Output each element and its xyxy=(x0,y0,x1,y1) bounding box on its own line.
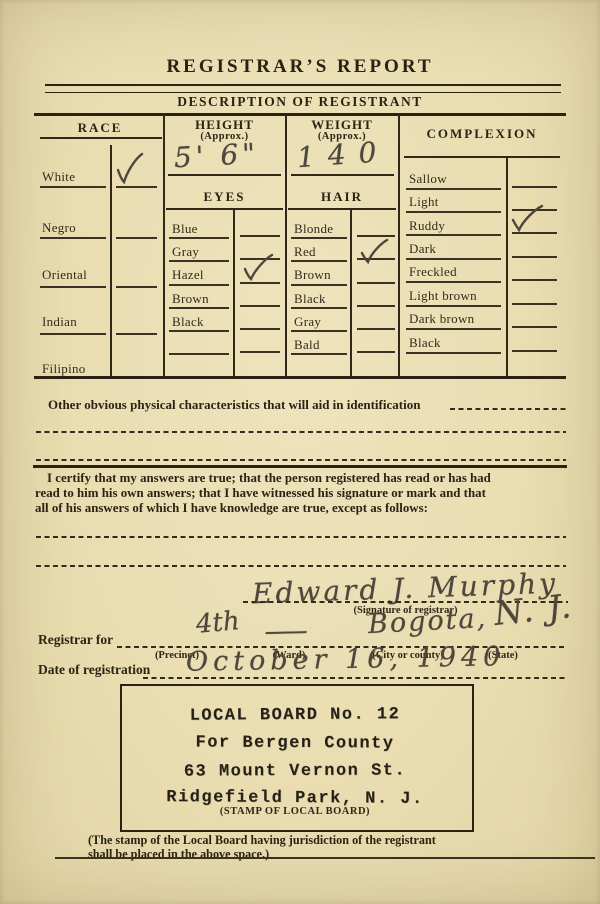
certification-text: I certify that my answers are true; that… xyxy=(35,471,572,515)
underline xyxy=(357,282,395,284)
hair-option-black: Black xyxy=(294,291,326,307)
blank-line xyxy=(36,459,566,461)
underline xyxy=(169,284,229,286)
stamp-line-3: 63 Mount Vernon St. xyxy=(120,761,470,782)
underline xyxy=(291,260,347,262)
complexion-option-light: Light xyxy=(409,194,439,210)
hair-option-brown: Brown xyxy=(294,267,331,283)
section-rule xyxy=(33,465,567,468)
underline xyxy=(240,305,280,307)
eyes-option-blue: Blue xyxy=(172,221,198,237)
complexion-header-underline xyxy=(404,156,560,158)
date-value-handwriting: October 16, 1940 xyxy=(186,641,506,678)
race-option-indian: Indian xyxy=(42,314,77,330)
table-bottom-rule xyxy=(34,376,566,379)
race-option-negro: Negro xyxy=(42,220,76,236)
race-header-underline xyxy=(40,137,162,139)
certification-line: I certify that my answers are true; that… xyxy=(35,471,572,486)
complexion-option-sallow: Sallow xyxy=(409,171,447,187)
underline xyxy=(240,328,280,330)
registrar-for-label: Registrar for xyxy=(38,632,113,648)
weight-complexion-divider xyxy=(398,113,400,376)
complexion-option-black: Black xyxy=(409,335,441,351)
underline xyxy=(406,211,501,213)
underline xyxy=(406,234,501,236)
height-value-handwriting: 5' 6" xyxy=(173,137,260,174)
complexion-option-freckled: Freckled xyxy=(409,264,457,280)
city-value-handwriting: Bogota, xyxy=(367,603,488,640)
underline xyxy=(406,352,501,354)
hair-header-underline xyxy=(288,208,396,210)
underline xyxy=(406,305,501,307)
race-header: RACE xyxy=(40,120,160,136)
hair-header: HAIR xyxy=(288,189,396,205)
race-height-divider xyxy=(163,113,165,376)
underline xyxy=(169,237,229,239)
stamp-line-1: LOCAL BOARD No. 12 xyxy=(120,705,470,726)
underline xyxy=(240,235,280,237)
hair-option-red: Red xyxy=(294,244,316,260)
complexion-option-dark-brown: Dark brown xyxy=(409,311,474,327)
section-subtitle: DESCRIPTION OF REGISTRANT xyxy=(0,94,600,110)
registrar-report-card: REGISTRAR’S REPORT DESCRIPTION OF REGIST… xyxy=(0,0,600,904)
underline xyxy=(169,307,229,309)
stamp-line-2: For Bergen County xyxy=(120,733,470,754)
hair-option-blonde: Blonde xyxy=(294,221,333,237)
underline xyxy=(357,328,395,330)
underline xyxy=(357,351,395,353)
date-of-registration-label: Date of registration xyxy=(38,662,150,678)
underline xyxy=(512,350,557,352)
underline xyxy=(116,333,157,335)
race-option-white: White xyxy=(42,169,75,185)
underline xyxy=(116,237,157,239)
height-weight-divider xyxy=(285,113,287,376)
underline xyxy=(291,353,347,355)
hair-red-checkmark-icon xyxy=(358,238,390,266)
underline xyxy=(406,281,501,283)
eyes-header-underline xyxy=(166,208,283,210)
underline xyxy=(357,235,395,237)
certification-line: all of his answers of which I have knowl… xyxy=(35,501,572,516)
stamp-note-line: shall be placed in the above space.) xyxy=(88,848,568,862)
underline xyxy=(291,237,347,239)
ward-value-handwriting: — xyxy=(263,614,310,648)
underline xyxy=(291,284,347,286)
underline xyxy=(512,186,557,188)
double-rule xyxy=(45,84,561,93)
underline xyxy=(40,333,106,335)
hair-option-gray: Gray xyxy=(294,314,321,330)
underline xyxy=(169,260,229,262)
blank-line xyxy=(36,536,566,538)
stamp-box-caption: (STAMP OF LOCAL BOARD) xyxy=(120,806,470,817)
race-option-filipino: Filipino xyxy=(42,361,86,377)
underline xyxy=(291,330,347,332)
height-value-underline xyxy=(168,174,281,176)
eyes-check-divider xyxy=(233,209,235,376)
hair-option-bald: Bald xyxy=(294,337,320,353)
certification-line: read to him his own answers; that I have… xyxy=(35,486,572,501)
eyes-header: EYES xyxy=(166,189,283,205)
other-characteristics-label: Other obvious physical characteristics t… xyxy=(48,397,420,413)
blank-line xyxy=(36,565,566,567)
table-top-rule xyxy=(34,113,566,116)
underline xyxy=(116,186,157,188)
underline xyxy=(406,328,501,330)
complexion-option-ruddy: Ruddy xyxy=(409,218,445,234)
stamp-note-line: (The stamp of the Local Board having jur… xyxy=(88,834,568,848)
underline xyxy=(512,256,557,258)
complexion-ruddy-checkmark-icon xyxy=(508,204,546,234)
precinct-value-handwriting: 4th xyxy=(195,606,241,640)
underline xyxy=(240,351,280,353)
race-white-checkmark-icon xyxy=(112,150,146,186)
underline xyxy=(40,237,106,239)
eyes-option-hazel: Hazel xyxy=(172,267,204,283)
state-value-handwriting: N. J. xyxy=(492,586,575,633)
eyes-option-brown: Brown xyxy=(172,291,209,307)
underline xyxy=(40,186,106,188)
hair-check-divider xyxy=(350,209,352,376)
bottom-rule xyxy=(55,857,595,859)
underline xyxy=(512,303,557,305)
weight-value-handwriting: 140 xyxy=(296,135,391,174)
weight-value-underline xyxy=(291,174,394,176)
underline xyxy=(357,305,395,307)
underline xyxy=(512,326,557,328)
underline xyxy=(291,307,347,309)
page-title: REGISTRAR’S REPORT xyxy=(0,56,600,78)
underline xyxy=(512,279,557,281)
eyes-hazel-checkmark-icon xyxy=(241,252,275,284)
race-option-oriental: Oriental xyxy=(42,267,87,283)
underline xyxy=(40,286,106,288)
complexion-check-divider xyxy=(506,158,508,376)
underline xyxy=(169,330,229,332)
underline xyxy=(406,188,501,190)
blank-line xyxy=(36,431,566,433)
eyes-option-gray: Gray xyxy=(172,244,199,260)
underline xyxy=(406,258,501,260)
fill-in-dashes xyxy=(450,408,566,410)
complexion-option-dark: Dark xyxy=(409,241,436,257)
eyes-option-black: Black xyxy=(172,314,204,330)
complexion-header: COMPLEXION xyxy=(402,126,562,142)
underline xyxy=(116,286,157,288)
underline xyxy=(169,353,229,355)
complexion-option-light-brown: Light brown xyxy=(409,288,477,304)
